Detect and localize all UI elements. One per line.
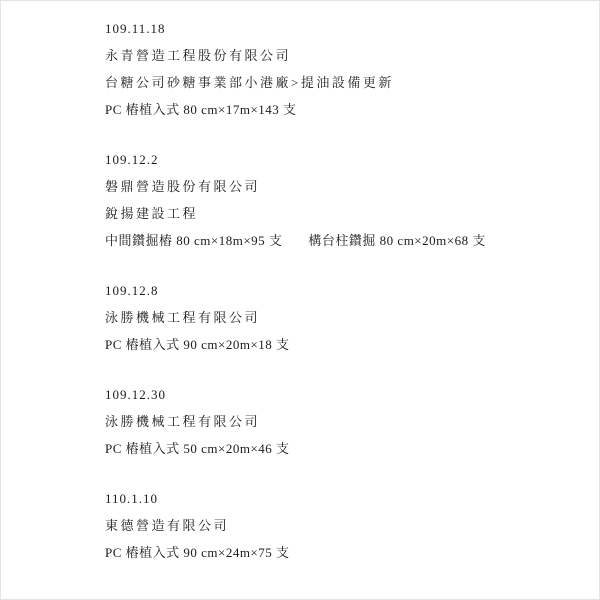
entry-specs: PC 樁植入式 50 cm×20m×46 支: [105, 442, 569, 456]
entry-specs: PC 樁植入式 90 cm×24m×75 支: [105, 546, 569, 560]
entry-company: 永青營造工程股份有限公司: [105, 49, 569, 63]
spec-item: 中間鑽掘樁 80 cm×18m×95 支: [105, 234, 282, 248]
spec-item: PC 樁植入式 90 cm×24m×75 支: [105, 546, 290, 560]
entry-date: 109.12.8: [105, 284, 569, 298]
record-entry: 109.11.18 永青營造工程股份有限公司 台糖公司砂糖事業部小港廠>提油設備…: [105, 22, 569, 117]
entry-project: 台糖公司砂糖事業部小港廠>提油設備更新: [105, 76, 569, 90]
spec-item: PC 樁植入式 80 cm×17m×143 支: [105, 103, 297, 117]
entry-date: 110.1.10: [105, 492, 569, 506]
entry-date: 109.12.2: [105, 153, 569, 167]
entry-company: 泳勝機械工程有限公司: [105, 415, 569, 429]
document-page: 109.11.18 永青營造工程股份有限公司 台糖公司砂糖事業部小港廠>提油設備…: [0, 0, 600, 600]
entry-date: 109.11.18: [105, 22, 569, 36]
spec-item: PC 樁植入式 50 cm×20m×46 支: [105, 442, 290, 456]
record-entry: 109.12.30 泳勝機械工程有限公司 PC 樁植入式 50 cm×20m×4…: [105, 388, 569, 456]
entry-specs: PC 樁植入式 80 cm×17m×143 支: [105, 103, 569, 117]
record-entry: 109.12.8 泳勝機械工程有限公司 PC 樁植入式 90 cm×20m×18…: [105, 284, 569, 352]
spec-item: 構台柱鑽掘 80 cm×20m×68 支: [308, 234, 485, 248]
entry-specs: 中間鑽掘樁 80 cm×18m×95 支 構台柱鑽掘 80 cm×20m×68 …: [105, 234, 569, 248]
record-entry: 109.12.2 磐鼎營造股份有限公司 銳揚建設工程 中間鑽掘樁 80 cm×1…: [105, 153, 569, 248]
entry-company: 東德營造有限公司: [105, 519, 569, 533]
entry-project: 銳揚建設工程: [105, 207, 569, 221]
entry-company: 泳勝機械工程有限公司: [105, 311, 569, 325]
entry-specs: PC 樁植入式 90 cm×20m×18 支: [105, 338, 569, 352]
spec-item: PC 樁植入式 90 cm×20m×18 支: [105, 338, 290, 352]
entry-date: 109.12.30: [105, 388, 569, 402]
record-entry: 110.1.10 東德營造有限公司 PC 樁植入式 90 cm×24m×75 支: [105, 492, 569, 560]
entry-company: 磐鼎營造股份有限公司: [105, 180, 569, 194]
